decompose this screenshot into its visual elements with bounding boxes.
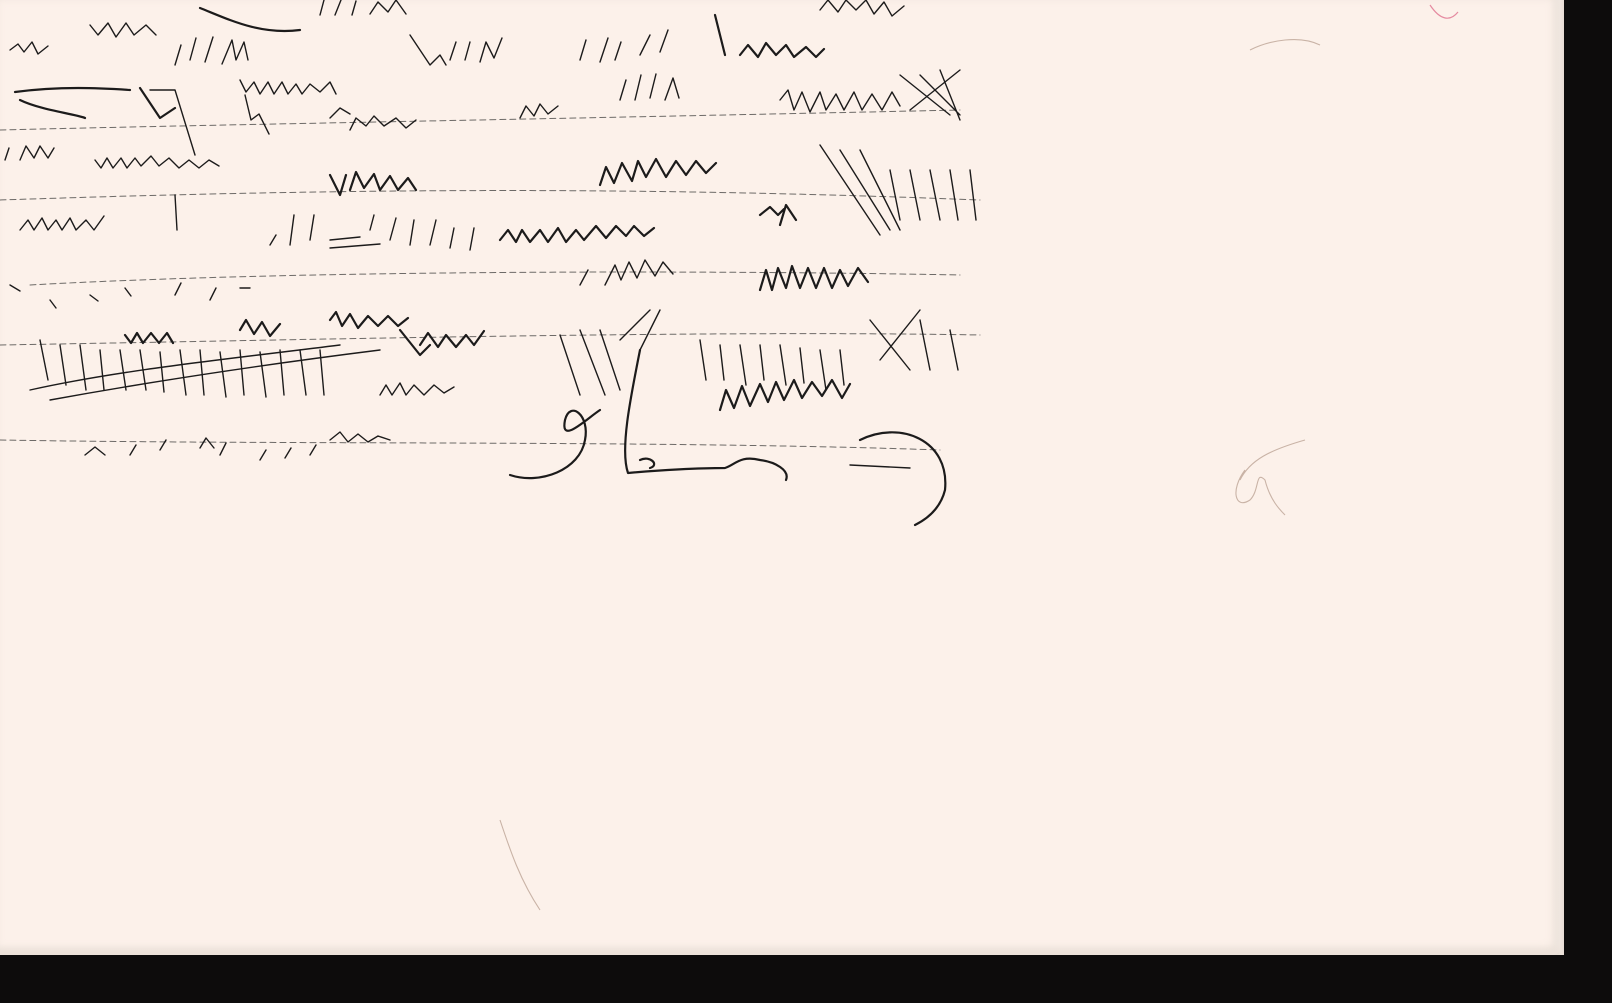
artist-signature — [510, 350, 945, 525]
grass-strokes-row-7 — [85, 432, 390, 460]
grass-strokes-row-2 — [15, 70, 960, 155]
grass-strokes-row-1 — [10, 0, 904, 94]
grass-strokes-row-6 — [30, 310, 958, 410]
grass-strokes-row-4 — [20, 195, 796, 250]
grass-strokes-row-5 — [10, 260, 868, 308]
horizon-lines — [0, 110, 980, 450]
etching-drawing — [0, 0, 1612, 1003]
paper-fibers — [500, 5, 1458, 910]
grass-strokes-row-3 — [5, 145, 976, 235]
